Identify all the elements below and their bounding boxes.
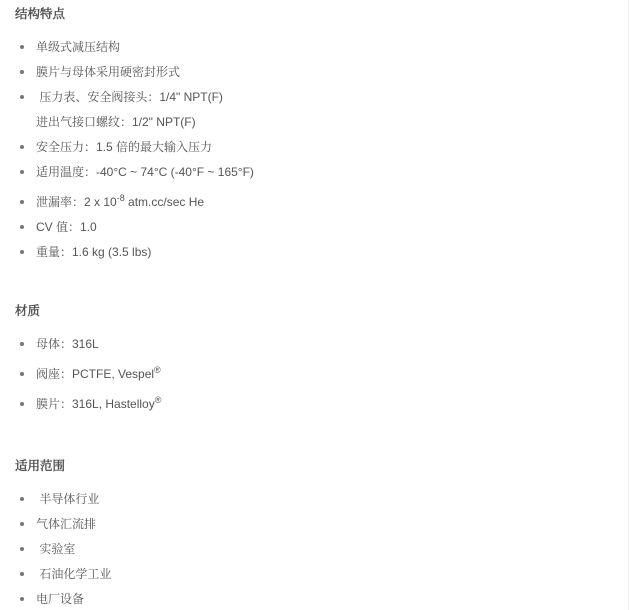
seat-material-text: 阀座：PCTFE, Vespel [36, 367, 154, 381]
list-item-text: 气体汇流排 [36, 516, 96, 532]
list-item-text: 阀座：PCTFE, Vespel® [36, 366, 161, 382]
bullet-icon [20, 225, 24, 229]
bullet-icon [20, 250, 24, 254]
list-item-text: 适用温度：-40°C ~ 74°C (-40°F ~ 165°F) [36, 164, 254, 180]
list-item-text: 石油化学工业 [36, 566, 111, 582]
bullet-icon [20, 402, 24, 406]
list-item-text: 安全压力：1.5 倍的最大输入压力 [36, 139, 212, 155]
bullet-icon [20, 170, 24, 174]
exponent: -8 [117, 193, 125, 203]
list-item-continuation: 进出气接口螺纹：1/2" NPT(F) [36, 114, 196, 130]
bullet-icon [20, 597, 24, 601]
bullet-icon [20, 547, 24, 551]
section-title-structure: 结构特点 [15, 6, 65, 22]
list-item-text: 膜片：316L, Hastelloy® [36, 396, 161, 412]
bullet-icon [20, 45, 24, 49]
list-item-text: 单级式减压结构 [36, 39, 120, 55]
bullet-icon [20, 342, 24, 346]
list-item-text: 母体：316L [36, 336, 99, 352]
list-item-text: 膜片与母体采用硬密封形式 [36, 64, 180, 80]
list-item-text: 半导体行业 [36, 491, 99, 507]
diaphragm-material-text: 膜片：316L, Hastelloy [36, 397, 155, 411]
bullet-icon [20, 70, 24, 74]
list-item-text: 压力表、安全阀接头：1/4" NPT(F) [36, 89, 223, 105]
bullet-icon [20, 522, 24, 526]
list-item-text: 电厂设备 [36, 591, 84, 607]
list-item-text: CV 值：1.0 [36, 219, 97, 235]
leak-rate-unit: atm.cc/sec He [125, 195, 204, 209]
bullet-icon [20, 145, 24, 149]
spec-document: 结构特点 单级式减压结构 膜片与母体采用硬密封形式 压力表、安全阀接头：1/4"… [0, 0, 629, 610]
leak-rate-text: 泄漏率：2 x 10 [36, 195, 117, 209]
registered-mark: ® [154, 365, 161, 375]
bullet-icon [20, 95, 24, 99]
list-item-text: 实验室 [36, 541, 75, 557]
registered-mark: ® [155, 395, 162, 405]
bullet-icon [20, 200, 24, 204]
list-item-text: 泄漏率：2 x 10-8 atm.cc/sec He [36, 194, 204, 210]
bullet-icon [20, 497, 24, 501]
section-title-applications: 适用范围 [15, 458, 65, 474]
list-item-text: 重量：1.6 kg (3.5 lbs) [36, 244, 151, 260]
bullet-icon [20, 572, 24, 576]
bullet-icon [20, 372, 24, 376]
section-title-materials: 材质 [15, 303, 40, 319]
